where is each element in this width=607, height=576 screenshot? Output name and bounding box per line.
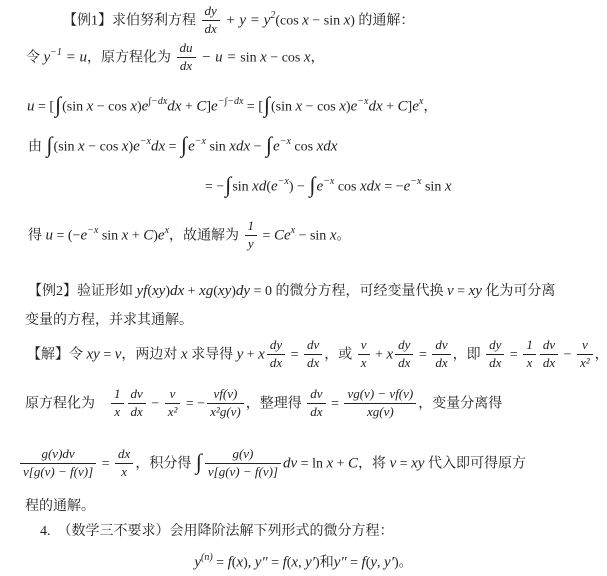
fraction-denominator: dx (202, 20, 220, 37)
text-run: ，变量分离得 (418, 397, 502, 412)
text-run: = (259, 229, 274, 244)
superscript: −x (410, 176, 421, 187)
doc-line-4: 由 ∫(sin x − cos x)e−xdx = ∫e−x sin xdx −… (0, 132, 607, 159)
text-run: 程的通解。 (25, 499, 95, 514)
text-run: ，即 (453, 348, 485, 363)
fraction-denominator: x² (577, 354, 593, 371)
integral-icon: ∫ (265, 132, 273, 157)
math-run: xy (411, 456, 424, 472)
text-run: ，积分得 (135, 457, 195, 472)
math-run: = u (62, 50, 87, 66)
text-run: = (287, 348, 302, 363)
math-run: xy (152, 283, 165, 299)
integral-icon: ∫ (308, 172, 316, 197)
text-run: (cos (275, 14, 302, 29)
text-run: ) − (289, 180, 309, 195)
text-run: sin (206, 140, 229, 155)
math-run: x (260, 50, 267, 66)
text-run: sin (421, 180, 444, 195)
math-run: xdx (360, 179, 381, 195)
fraction-denominator: x (523, 354, 536, 371)
math-run: e (188, 139, 195, 155)
text-run: + (128, 229, 143, 244)
fraction: dvdx (432, 338, 450, 371)
text-run: cos (334, 180, 360, 195)
math-run: xdx (229, 139, 250, 155)
math-run: x (386, 347, 393, 363)
doc-line-12: 程的通解。 (0, 496, 607, 518)
math-run: xy (469, 283, 482, 299)
text-run: − sin (295, 229, 330, 244)
fraction-numerator: dy (267, 338, 285, 354)
superscript: x (165, 225, 169, 236)
text-run: ，故通解为 (169, 229, 243, 244)
text-run: − cos (267, 51, 304, 66)
superscript: −x (280, 136, 291, 147)
math-run: x (302, 13, 309, 29)
fraction: dydx (202, 4, 220, 37)
superscript: x (419, 96, 423, 107)
text-run: = − (182, 397, 205, 412)
text-run: )和 (315, 556, 334, 571)
fraction: dydx (486, 338, 504, 371)
math-run: e (133, 139, 140, 155)
math-run: − u = (198, 50, 241, 66)
math-run: xy (87, 347, 100, 363)
math-run: Ce (274, 228, 291, 244)
text-run: + (184, 284, 199, 299)
fraction-numerator: dv (432, 338, 450, 354)
superscript: (n) (201, 552, 213, 563)
doc-line-14: y(n) = f(x), y″ = f(x, y′)和y″ = f(y, y′)… (0, 548, 607, 575)
superscript: x (291, 225, 295, 236)
math-run: dy (236, 283, 250, 299)
text-run: − cos (302, 100, 339, 115)
fraction-numerator: v (165, 387, 181, 403)
fraction: vx² (577, 338, 593, 371)
math-run: xdx (317, 139, 338, 155)
fraction: g(v)dvv[g(v) − f(v)] (20, 447, 96, 480)
math-run: y′ (305, 555, 315, 571)
text-run: sin (98, 229, 121, 244)
integral-icon: ∫ (224, 172, 232, 197)
fraction: dvdx (540, 338, 558, 371)
math-run: dv (283, 456, 297, 472)
text-run: (sin (62, 100, 87, 115)
math-run: y″ (334, 555, 347, 571)
fraction-numerator: 1 (245, 219, 258, 235)
text-run: ，整理得 (246, 397, 306, 412)
math-run: dx (170, 283, 184, 299)
fraction-denominator: dx (395, 354, 413, 371)
text-run: ), (243, 556, 255, 571)
text-run: 【例2】验证形如 (28, 284, 137, 299)
fraction-numerator: dv (540, 338, 558, 354)
fraction: dydx (395, 338, 413, 371)
math-run: C (398, 99, 408, 115)
doc-line-1: 【例1】求伯努利方程 dydx + y = y2(cos x − sin x) … (0, 5, 607, 38)
integral-icon: ∫ (46, 132, 54, 157)
text-run: (sin (54, 140, 79, 155)
math-run: xd (252, 179, 266, 195)
math-run: C (143, 228, 153, 244)
text-run: + (181, 100, 196, 115)
text-run: − (148, 397, 163, 412)
math-run: yf (137, 283, 148, 299)
superscript: −x (357, 96, 368, 107)
doc-line-8: 变量的方程，并求其通解。 (0, 310, 607, 332)
math-run: x (130, 99, 137, 115)
fraction-numerator: g(v) (205, 447, 281, 463)
doc-line-3: u = [∫(sin x − cos x)e∫−dxdx + C]e−∫−dx … (0, 92, 607, 119)
doc-line-5: = −∫sin xd(e−x) − ∫e−x cos xdx = −e−x si… (0, 172, 607, 199)
superscript: −1 (50, 47, 62, 58)
text-run: = (347, 556, 362, 571)
math-run: e (271, 179, 278, 195)
math-run: x (78, 139, 85, 155)
fraction-numerator: v (577, 338, 593, 354)
text-run: = (396, 457, 411, 472)
fraction: vx² (165, 387, 181, 420)
text-run: = (100, 348, 115, 363)
text-run: 得 (28, 229, 46, 244)
math-run: y″ (255, 555, 268, 571)
fraction-denominator: v[g(v) − f(v)] (205, 463, 281, 480)
doc-line-10: 原方程化为 1xdvdx − vx² = −vf(v)x²g(v)，整理得 dv… (0, 388, 607, 421)
fraction: dudx (177, 41, 196, 74)
fraction: 1x (523, 338, 536, 371)
fraction-numerator: 1 (523, 338, 536, 354)
integral-icon: ∫ (263, 92, 271, 117)
fraction-numerator: vf(v) (207, 387, 244, 403)
fraction-denominator: dx (128, 403, 146, 420)
superscript: ∫−dx (148, 96, 167, 107)
math-run: u (27, 99, 35, 115)
math-run: C (196, 99, 206, 115)
math-run: + y = y (222, 13, 271, 29)
math-run: e (211, 99, 218, 115)
fraction-numerator: vg(v) − vf(v) (344, 387, 416, 403)
text-run: − sin (309, 14, 344, 29)
text-run: 。 (336, 229, 350, 244)
fraction-denominator: dx (177, 57, 196, 74)
fraction: vx (358, 338, 370, 371)
text-run: = (415, 348, 430, 363)
text-run: + (383, 100, 398, 115)
text-run: 变量的方程，并求其通解。 (25, 313, 193, 328)
text-run: = (506, 348, 521, 363)
fraction: dvdx (128, 387, 146, 420)
math-run: xy (218, 283, 231, 299)
text-run: = − (205, 180, 224, 195)
text-run: + (243, 348, 258, 363)
fraction-numerator: g(v)dv (20, 447, 96, 463)
fraction-numerator: 1 (111, 387, 124, 403)
text-run: (sin (271, 100, 296, 115)
fraction: dvdx (304, 338, 322, 371)
doc-line-13: 4. （数学三不要求）会用降阶法解下列形式的微分方程： (0, 521, 607, 543)
text-run: = [ (35, 100, 55, 115)
fraction: dydx (267, 338, 285, 371)
superscript: −x (278, 176, 289, 187)
fraction: dxx (115, 447, 133, 480)
text-run: sin (232, 180, 252, 195)
math-run: e (273, 139, 280, 155)
text-run: − (250, 140, 265, 155)
text-run: = (213, 556, 228, 571)
integral-icon: ∫ (195, 449, 203, 474)
integral-icon: ∫ (180, 132, 188, 157)
math-run: xg (199, 283, 213, 299)
text-run: ，两边对 (121, 348, 181, 363)
fraction-denominator: dx (540, 354, 558, 371)
fraction: vg(v) − vf(v)xg(v) (344, 387, 416, 420)
fraction-numerator: dv (304, 338, 322, 354)
math-run: x (304, 50, 311, 66)
math-run: u (46, 228, 54, 244)
fraction-denominator: x² (165, 403, 181, 420)
fraction-numerator: dy (395, 338, 413, 354)
text-run: ，原方程化为 (87, 51, 175, 66)
superscript: −x (195, 136, 206, 147)
text-run: 【例1】求伯努利方程 (63, 14, 200, 29)
fraction-denominator: xg(v) (344, 403, 416, 420)
text-run: ，将 (358, 457, 390, 472)
math-run: x (445, 179, 452, 195)
doc-line-2: 令 y−1 = u，原方程化为 dudx − u = sin x − cos x… (0, 42, 607, 75)
fraction-denominator: dx (307, 403, 325, 420)
document-page: 【例1】求伯努利方程 dydx + y = y2(cos x − sin x) … (0, 0, 607, 576)
fraction-numerator: dv (128, 387, 146, 403)
superscript: −x (87, 225, 98, 236)
text-run: 【解】令 (27, 348, 87, 363)
fraction: dvdx (307, 387, 325, 420)
text-run: = (− (53, 229, 80, 244)
fraction-numerator: dx (115, 447, 133, 463)
fraction-numerator: du (177, 41, 196, 57)
text-run: = (454, 284, 469, 299)
superscript: −x (140, 136, 151, 147)
math-run: x (181, 347, 188, 363)
doc-line-11: g(v)dvv[g(v) − f(v)] = dxx，积分得 ∫g(v)v[g(… (0, 448, 607, 481)
math-run: e (412, 99, 419, 115)
math-run: C (348, 456, 358, 472)
math-run: dx (151, 139, 165, 155)
doc-line-6: 得 u = (−e−x sin x + C)ex，故通解为 1y = Cex −… (0, 220, 607, 253)
fraction-denominator: dx (432, 354, 450, 371)
text-run: = − (381, 180, 404, 195)
text-run: 由 (28, 140, 46, 155)
text-run: = ln (297, 457, 326, 472)
text-run: ， (595, 348, 607, 363)
fraction-denominator: x (115, 463, 133, 480)
text-run: 化为可分离 (482, 284, 556, 299)
math-run: e (158, 228, 165, 244)
text-run: = (165, 140, 180, 155)
text-run: cos (291, 140, 317, 155)
text-run: + (372, 348, 387, 363)
text-run: 代入即可得原方 (424, 457, 526, 472)
superscript: −x (323, 176, 334, 187)
fraction-denominator: y (245, 235, 258, 252)
fraction-denominator: dx (304, 354, 322, 371)
text-run: 令 (26, 51, 44, 66)
text-run: + (333, 457, 348, 472)
superscript: −∫−dx (218, 96, 244, 107)
math-run: y′ (384, 555, 394, 571)
fraction: vf(v)x²g(v) (207, 387, 244, 420)
fraction: 1y (245, 219, 258, 252)
text-run: , (377, 556, 384, 571)
text-run: 原方程化为 (25, 397, 109, 412)
fraction-numerator: v (358, 338, 370, 354)
fraction: g(v)v[g(v) − f(v)] (205, 447, 281, 480)
text-run: ， (311, 51, 325, 66)
doc-line-7: 【例2】验证形如 yf(xy)dx + xg(xy)dy = 0 的微分方程，可… (0, 280, 607, 303)
integral-icon: ∫ (54, 92, 62, 117)
text-run: 求导得 (188, 348, 237, 363)
fraction-numerator: dv (307, 387, 325, 403)
text-run: sin (240, 51, 260, 66)
text-run: = (328, 397, 343, 412)
fraction-denominator: x (111, 403, 124, 420)
text-run: = 0 的微分方程，可经变量代换 (250, 284, 447, 299)
math-run: v (447, 283, 454, 299)
text-run: ，或 (324, 348, 356, 363)
text-run: − (560, 348, 575, 363)
fraction: 1x (111, 387, 124, 420)
fraction-denominator: x (358, 354, 370, 371)
fraction-denominator: x²g(v) (207, 403, 244, 420)
fraction-denominator: dx (486, 354, 504, 371)
text-run: )。 (394, 556, 413, 571)
math-run: x (258, 347, 265, 363)
fraction-numerator: dy (486, 338, 504, 354)
math-run: x (339, 99, 346, 115)
fraction-denominator: dx (267, 354, 285, 371)
text-run: 4. （数学三不要求）会用降阶法解下列形式的微分方程： (40, 524, 394, 539)
doc-line-9: 【解】令 xy = v，两边对 x 求导得 y + xdydx = dvdx，或… (0, 339, 607, 372)
text-run: ) 的通解： (350, 14, 414, 29)
text-run: − cos (93, 100, 130, 115)
math-run: y (194, 555, 201, 571)
text-run: = (268, 556, 283, 571)
text-run: ， (423, 100, 437, 115)
text-run: = (98, 457, 113, 472)
fraction-numerator: dy (202, 4, 220, 20)
superscript: 2 (270, 10, 275, 21)
text-run: = [ (243, 100, 263, 115)
math-run: dx (368, 99, 382, 115)
fraction-denominator: v[g(v) − f(v)] (20, 463, 96, 480)
math-run: dx (167, 99, 181, 115)
text-run: − cos (85, 140, 122, 155)
